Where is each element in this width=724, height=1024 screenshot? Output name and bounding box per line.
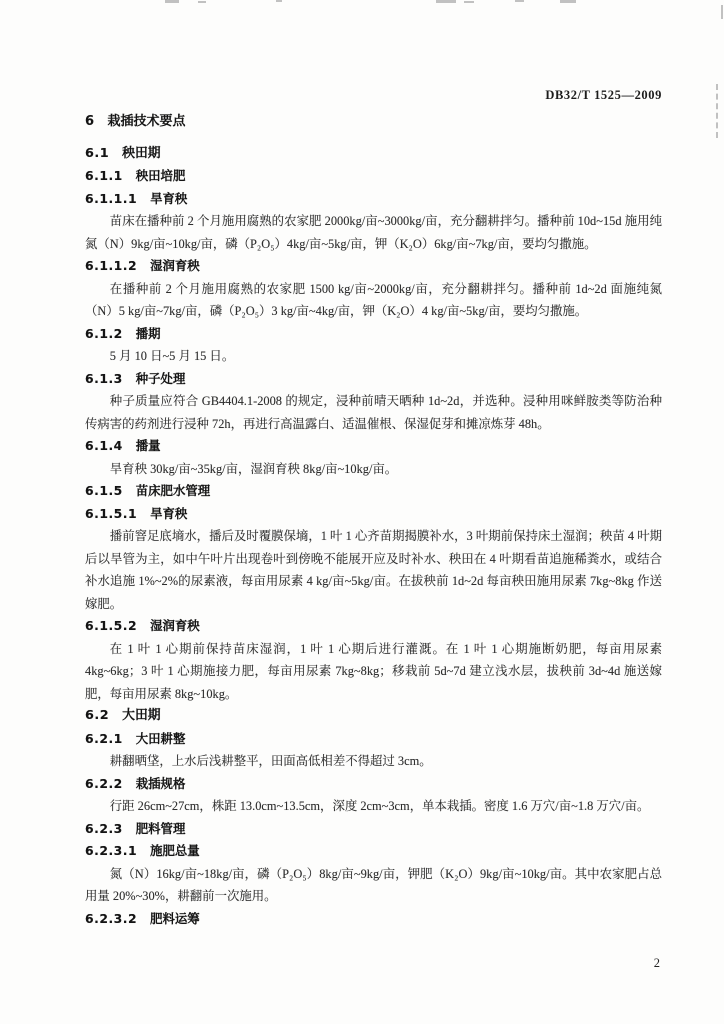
section-heading-6-1-3: 6.1.3种子处理: [85, 368, 662, 391]
paragraph: 在播种前 2 个月施用腐熟的农家肥 1500 kg/亩~2000kg/亩，充分翻…: [85, 278, 662, 323]
scan-artifact: [560, 0, 576, 3]
scan-artifact: [721, 5, 723, 19]
section-heading-6: 6栽插技术要点: [85, 111, 662, 134]
section-number: 6.1.3: [85, 371, 123, 386]
section-title: 肥料管理: [136, 821, 186, 836]
section-number: 6.2.3.2: [85, 911, 137, 926]
section-title: 苗床肥水管理: [136, 483, 210, 498]
paragraph: 氮（N）16kg/亩~18kg/亩，磷（P₂O₅）8kg/亩~9kg/亩，钾肥（…: [85, 863, 662, 908]
section-title: 栽插技术要点: [108, 114, 186, 129]
paragraph: 苗床在播种前 2 个月施用腐熟的农家肥 2000kg/亩~3000kg/亩，充分…: [85, 210, 662, 255]
paragraph: 耕翻晒垡，上水后浅耕整平，田面高低相差不得超过 3cm。: [85, 750, 662, 773]
section-heading-6-1-1: 6.1.1秧田培肥: [85, 165, 662, 188]
section-number: 6.2.1: [85, 731, 123, 746]
scan-artifact: [515, 0, 524, 2]
scan-artifact: [276, 0, 282, 2]
section-heading-6-1-5-2: 6.1.5.2湿润育秧: [85, 615, 662, 638]
paragraph: 5 月 10 日~5 月 15 日。: [85, 345, 662, 368]
scan-artifact: [716, 84, 718, 138]
section-title: 湿润育秧: [150, 258, 200, 273]
section-heading-6-2-2: 6.2.2栽插规格: [85, 773, 662, 796]
section-number: 6.2.2: [85, 776, 123, 791]
scanned-document-page: DB32/T 1525—2009 6栽插技术要点6.1秧田期6.1.1秧田培肥6…: [0, 0, 724, 1024]
section-number: 6.1.5: [85, 483, 123, 498]
paragraph: 在 1 叶 1 心期前保持苗床湿润，1 叶 1 心期后进行灌溉。在 1 叶 1 …: [85, 638, 662, 706]
section-heading-6-1-1-2: 6.1.1.2湿润育秧: [85, 255, 662, 278]
section-heading-6-1-2: 6.1.2播期: [85, 323, 662, 346]
section-number: 6.2: [85, 708, 109, 723]
section-title: 大田耕整: [136, 731, 186, 746]
section-heading-6-1: 6.1秧田期: [85, 143, 662, 166]
section-title: 肥料运筹: [150, 911, 200, 926]
section-number: 6.1.4: [85, 438, 123, 453]
scan-artifact: [165, 0, 179, 3]
page-number: 2: [654, 956, 660, 971]
section-number: 6.2.3: [85, 821, 123, 836]
section-number: 6.1.2: [85, 326, 123, 341]
scan-artifact: [436, 0, 456, 3]
section-title: 大田期: [122, 708, 160, 723]
section-heading-6-1-4: 6.1.4播量: [85, 435, 662, 458]
paragraph: 旱育秧 30kg/亩~35kg/亩，湿润育秧 8kg/亩~10kg/亩。: [85, 458, 662, 481]
standard-number-header: DB32/T 1525—2009: [85, 88, 662, 103]
section-number: 6.1.5.1: [85, 506, 137, 521]
section-title: 施肥总量: [150, 843, 200, 858]
section-title: 秧田培肥: [136, 168, 186, 183]
section-title: 秧田期: [122, 146, 160, 161]
section-heading-6-1-5-1: 6.1.5.1旱育秧: [85, 503, 662, 526]
section-number: 6.1.5.2: [85, 618, 137, 633]
document-body: 6栽插技术要点6.1秧田期6.1.1秧田培肥6.1.1.1旱育秧苗床在播种前 2…: [85, 111, 662, 930]
section-number: 6.1: [85, 146, 109, 161]
section-title: 旱育秧: [150, 506, 187, 521]
section-number: 6.1.1: [85, 168, 123, 183]
section-heading-6-2-3-1: 6.2.3.1施肥总量: [85, 840, 662, 863]
scan-artifact: [464, 1, 474, 3]
section-number: 6: [85, 114, 95, 129]
section-heading-6-1-5: 6.1.5苗床肥水管理: [85, 480, 662, 503]
section-number: 6.2.3.1: [85, 843, 137, 858]
section-heading-6-2-3-2: 6.2.3.2肥料运筹: [85, 908, 662, 931]
section-title: 播期: [136, 326, 161, 341]
section-title: 旱育秧: [150, 191, 187, 206]
scan-artifact: [198, 1, 206, 3]
section-number: 6.1.1.1: [85, 191, 137, 206]
section-heading-6-2: 6.2大田期: [85, 705, 662, 728]
section-heading-6-2-1: 6.2.1大田耕整: [85, 728, 662, 751]
section-heading-6-2-3: 6.2.3肥料管理: [85, 818, 662, 841]
paragraph: 行距 26cm~27cm，株距 13.0cm~13.5cm，深度 2cm~3cm…: [85, 795, 662, 818]
section-number: 6.1.1.2: [85, 258, 137, 273]
section-title: 种子处理: [136, 371, 186, 386]
paragraph: 种子质量应符合 GB4404.1-2008 的规定，浸种前晴天晒种 1d~2d，…: [85, 390, 662, 435]
paragraph: 播前窨足底墒水，播后及时覆膜保墒，1 叶 1 心齐苗期揭膜补水，3 叶期前保持床…: [85, 525, 662, 615]
section-heading-6-1-1-1: 6.1.1.1旱育秧: [85, 188, 662, 211]
section-title: 栽插规格: [136, 776, 186, 791]
section-title: 湿润育秧: [150, 618, 200, 633]
section-title: 播量: [136, 438, 161, 453]
